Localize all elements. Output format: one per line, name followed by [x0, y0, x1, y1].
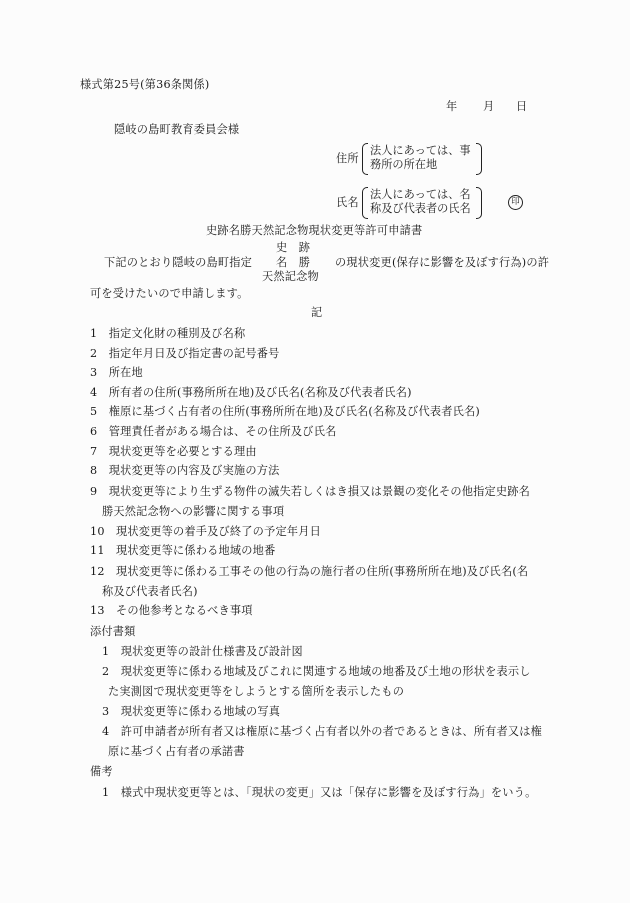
item-6: 6 管理責任者がある場合は、その住所及び氏名 [90, 425, 336, 439]
date-month-label: 月 [483, 100, 494, 114]
form-number: 様式第25号(第36条関係) [80, 78, 210, 92]
item-12: 12 現状変更等に係わる工事その他の行為の施行者の住所(事務所所在地)及び氏名(… [90, 565, 528, 579]
item-10: 10 現状変更等の着手及び終了の予定年月日 [90, 525, 321, 539]
addressee: 隠岐の島町教育委員会様 [114, 123, 239, 137]
body-line2: 可を受けたいので申請します。 [90, 287, 249, 301]
item-9-continuation: 勝天然記念物への影響に関する事項 [102, 505, 284, 519]
item-12-continuation: 称及び代表者氏名) [102, 585, 198, 599]
remark-1: 1 様式中現状変更等とは、「現状の変更」又は「保存に影響を及ぼす行為」をいう。 [102, 786, 536, 800]
address-note-line2: 務所の所在地 [370, 158, 437, 171]
item-13: 13 その他参考となるべき事項 [90, 604, 253, 618]
designation-historic-site: 史 跡 [276, 241, 310, 255]
item-3: 3 所在地 [90, 366, 143, 380]
document-title: 史跡名勝天然記念物現状変更等許可申請書 [206, 224, 422, 238]
address-label: 住所 [336, 152, 359, 166]
attachment-4-continuation: 原に基づく占有者の承諾書 [108, 745, 245, 759]
seal-icon: 印 [508, 195, 523, 210]
attachment-2-continuation: た実測図で現状変更等をしようとする箇所を表示したもの [108, 685, 404, 699]
left-brace-icon [362, 143, 368, 175]
item-11: 11 現状変更等に係わる地域の地番 [90, 544, 275, 558]
item-8: 8 現状変更等の内容及び実施の方法 [90, 464, 280, 478]
address-note: 法人にあっては、事 務所の所在地 [362, 143, 482, 175]
designation-scenic-beauty: 名 勝 [276, 256, 310, 270]
attachment-2: 2 現状変更等に係わる地域及びこれに関連する地域の地番及び土地の形状を表示し [102, 665, 531, 679]
attachment-1: 1 現状変更等の設計仕様書及び設計図 [102, 645, 303, 659]
item-5: 5 権原に基づく占有者の住所(事務所所在地)及び氏名(名称及び代表者氏名) [90, 405, 480, 419]
name-note: 法人にあっては、名 称及び代表者の氏名 [362, 187, 482, 219]
left-brace-icon [362, 187, 368, 219]
item-2: 2 指定年月日及び指定書の記号番号 [90, 347, 280, 361]
date-day-label: 日 [516, 100, 527, 114]
name-note-line2: 称及び代表者の氏名 [370, 202, 471, 215]
body-suffix: の現状変更(保存に影響を及ぼす行為)の許 [335, 256, 549, 270]
ki-heading: 記 [311, 306, 322, 320]
attachment-3: 3 現状変更等に係わる地域の写真 [102, 705, 280, 719]
name-label: 氏名 [336, 196, 359, 210]
item-1: 1 指定文化財の種別及び名称 [90, 327, 245, 341]
date-year-label: 年 [446, 100, 457, 114]
attachments-heading: 添付書類 [90, 625, 136, 639]
attachment-4: 4 許可申請者が所有者又は権原に基づく占有者以外の者であるときは、所有者又は権 [102, 725, 542, 739]
name-note-line1: 法人にあっては、名 [370, 188, 471, 201]
item-9: 9 現状変更等により生ずる物件の滅失若しくはき損又は景観の変化その他指定史跡名 [90, 485, 530, 499]
application-form-page: 様式第25号(第36条関係) 年 月 日 隠岐の島町教育委員会様 住所 法人にあ… [0, 0, 630, 903]
designation-natural-monument: 天然記念物 [262, 270, 319, 284]
address-note-line1: 法人にあっては、事 [370, 144, 471, 157]
right-brace-icon [476, 143, 482, 175]
body-prefix: 下記のとおり隠岐の島町指定 [104, 256, 252, 270]
remarks-heading: 備考 [90, 765, 113, 779]
right-brace-icon [476, 187, 482, 219]
item-7: 7 現状変更等を必要とする理由 [90, 445, 257, 459]
item-4: 4 所有者の住所(事務所所在地)及び氏名(名称及び代表者氏名) [90, 386, 412, 400]
